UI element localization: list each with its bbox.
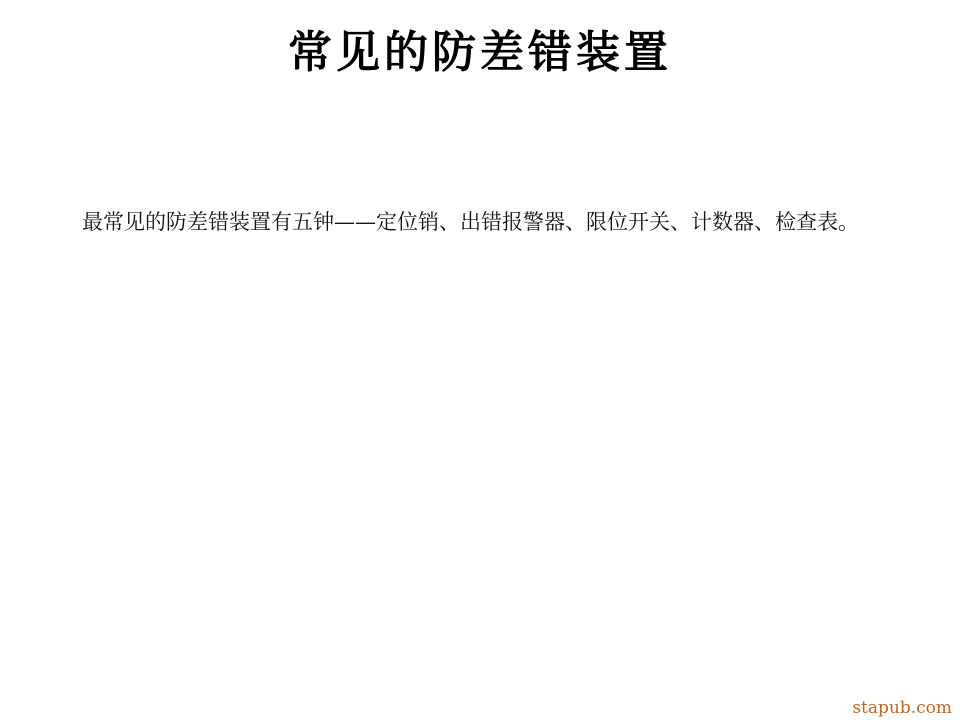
slide: 常见的防差错装置 最常见的防差错装置有五钟——定位销、出错报警器、限位开关、计数…: [0, 0, 960, 720]
slide-title: 常见的防差错装置: [0, 16, 960, 80]
slide-body-paragraph: 最常见的防差错装置有五钟——定位销、出错报警器、限位开关、计数器、检查表。: [82, 205, 882, 239]
watermark-text: stapub.com: [852, 698, 952, 718]
